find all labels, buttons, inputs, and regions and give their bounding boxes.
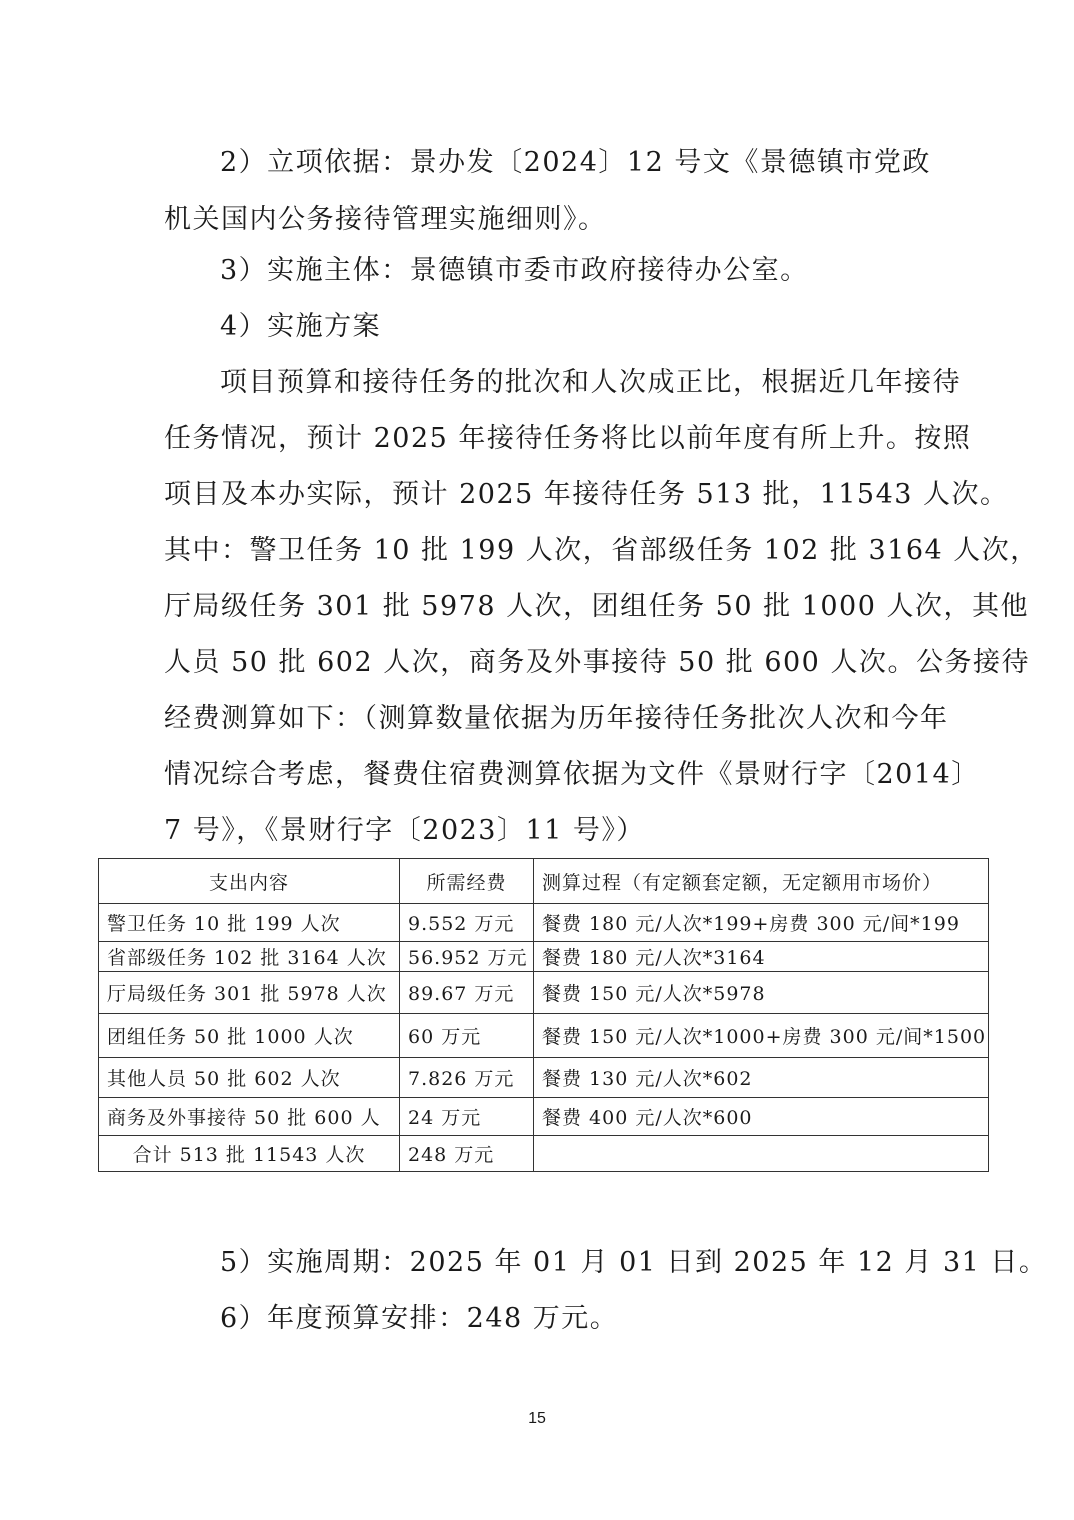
cell-calculation: 餐费 180 元/人次*3164 [534, 942, 989, 972]
plan-heading: 4）实施方案 [220, 310, 968, 344]
cell-content: 警卫任务 10 批 199 人次 [99, 904, 400, 942]
cell-total-calculation [534, 1136, 989, 1172]
cell-cost: 9.552 万元 [400, 904, 534, 942]
cell-content: 商务及外事接待 50 批 600 人 [99, 1098, 400, 1136]
cell-cost: 24 万元 [400, 1098, 534, 1136]
table-row: 团组任务 50 批 1000 人次 60 万元 餐费 150 元/人次*1000… [99, 1014, 989, 1058]
basis-line-1: 2）立项依据：景办发〔2024〕12 号文《景德镇市党政 [220, 146, 968, 180]
table-row: 其他人员 50 批 602 人次 7.826 万元 餐费 130 元/人次*60… [99, 1058, 989, 1098]
header-cost: 所需经费 [400, 859, 534, 904]
body-line: 情况综合考虑，餐费住宿费测算依据为文件《景财行字〔2014〕 [164, 758, 912, 792]
cell-calculation: 餐费 400 元/人次*600 [534, 1098, 989, 1136]
table-row: 商务及外事接待 50 批 600 人 24 万元 餐费 400 元/人次*600 [99, 1098, 989, 1136]
table-header-row: 支出内容 所需经费 测算过程（有定额套定额，无定额用市场价） [99, 859, 989, 904]
cell-cost: 7.826 万元 [400, 1058, 534, 1098]
header-content: 支出内容 [99, 859, 400, 904]
cell-calculation: 餐费 150 元/人次*1000+房费 300 元/间*1500 [534, 1014, 989, 1058]
cell-calculation: 餐费 150 元/人次*5978 [534, 972, 989, 1014]
cell-cost: 89.67 万元 [400, 972, 534, 1014]
cell-calculation: 餐费 180 元/人次*199+房费 300 元/间*199 [534, 904, 989, 942]
header-calculation: 测算过程（有定额套定额，无定额用市场价） [534, 859, 989, 904]
table-row: 省部级任务 102 批 3164 人次 56.952 万元 餐费 180 元/人… [99, 942, 989, 972]
body-line: 项目及本办实际，预计 2025 年接待任务 513 批，11543 人次。 [164, 478, 912, 512]
basis-line-2: 机关国内公务接待管理实施细则》。 [164, 203, 912, 237]
cell-content: 其他人员 50 批 602 人次 [99, 1058, 400, 1098]
annual-budget-line: 6）年度预算安排：248 万元。 [220, 1302, 968, 1336]
cell-total-cost: 248 万元 [400, 1136, 534, 1172]
cell-cost: 60 万元 [400, 1014, 534, 1058]
cell-content: 厅局级任务 301 批 5978 人次 [99, 972, 400, 1014]
body-line: 其中：警卫任务 10 批 199 人次，省部级任务 102 批 3164 人次， [164, 534, 912, 568]
cell-content: 省部级任务 102 批 3164 人次 [99, 942, 400, 972]
cell-content: 团组任务 50 批 1000 人次 [99, 1014, 400, 1058]
table-total-row: 合计 513 批 11543 人次 248 万元 [99, 1136, 989, 1172]
table-row: 警卫任务 10 批 199 人次 9.552 万元 餐费 180 元/人次*19… [99, 904, 989, 942]
page-number: 15 [0, 1410, 1074, 1428]
cell-calculation: 餐费 130 元/人次*602 [534, 1058, 989, 1098]
body-line: 项目预算和接待任务的批次和人次成正比，根据近几年接待 [220, 366, 968, 400]
body-line: 经费测算如下：（测算数量依据为历年接待任务批次人次和今年 [164, 702, 912, 736]
table-row: 厅局级任务 301 批 5978 人次 89.67 万元 餐费 150 元/人次… [99, 972, 989, 1014]
body-line: 任务情况，预计 2025 年接待任务将比以前年度有所上升。按照 [164, 422, 912, 456]
body-line: 7 号》，《景财行字〔2023〕11 号》） [164, 814, 912, 848]
body-line: 厅局级任务 301 批 5978 人次，团组任务 50 批 1000 人次，其他 [164, 590, 912, 624]
cell-total-content: 合计 513 批 11543 人次 [99, 1136, 400, 1172]
cell-cost: 56.952 万元 [400, 942, 534, 972]
budget-table: 支出内容 所需经费 测算过程（有定额套定额，无定额用市场价） 警卫任务 10 批… [98, 858, 989, 1172]
body-line: 人员 50 批 602 人次，商务及外事接待 50 批 600 人次。公务接待 [164, 646, 912, 680]
implementer-line: 3）实施主体：景德镇市委市政府接待办公室。 [220, 254, 968, 288]
period-line: 5）实施周期：2025 年 01 月 01 日到 2025 年 12 月 31 … [220, 1246, 968, 1280]
